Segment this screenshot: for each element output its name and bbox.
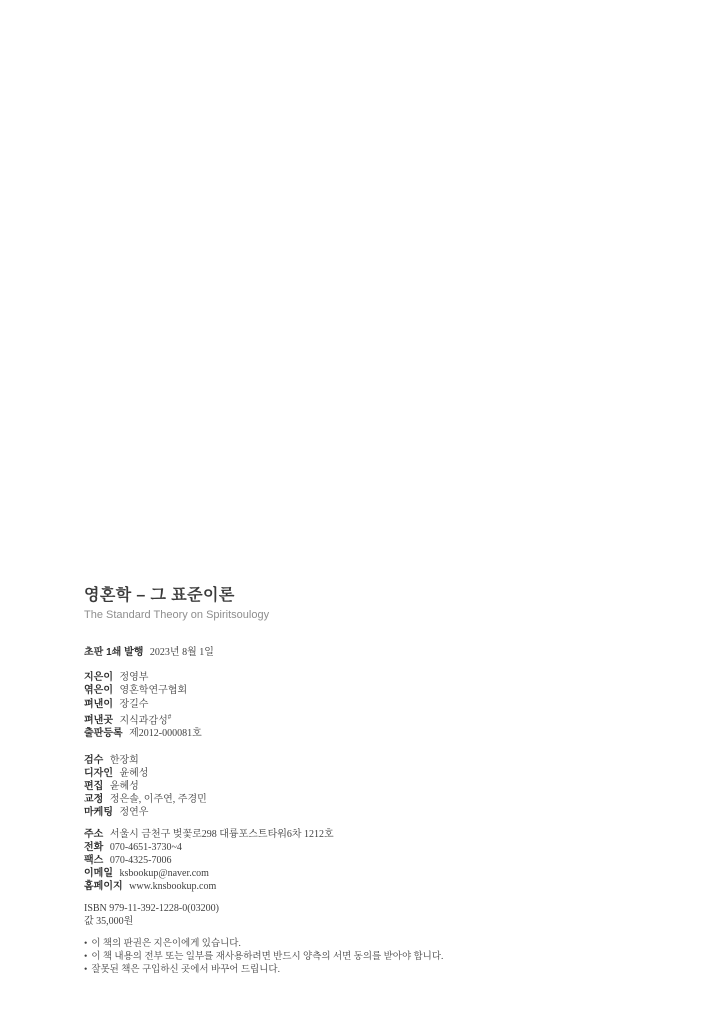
notice-reuse-permission: •이 책 내용의 전부 또는 일부를 재사용하려면 반드시 양측의 서면 동의를… bbox=[84, 951, 644, 964]
credit-label: 펴낸곳 bbox=[84, 715, 113, 726]
homepage-url: www.knsbookup.com bbox=[129, 881, 216, 892]
credit-value: 윤혜성 bbox=[119, 768, 148, 779]
contact-row-email: 이메일 ksbookup@naver.com bbox=[84, 867, 644, 880]
contact-info-group: 주소 서울시 금천구 벚꽃로298 대륭포스트타워6차 1212호 전화 070… bbox=[84, 828, 644, 894]
credit-label: 펴낸이 bbox=[84, 699, 113, 710]
credit-value: 정은솔, 이주연, 주경민 bbox=[110, 794, 207, 805]
contact-label: 팩스 bbox=[84, 855, 103, 866]
book-title-korean: 영혼학 – 그 표준이론 bbox=[84, 586, 644, 606]
bullet-glyph: • bbox=[84, 939, 87, 949]
isbn-price-group: ISBN 979-11-392-1228-0(03200) 값 35,000원 bbox=[84, 902, 644, 928]
book-colophon-page: 영혼학 – 그 표준이론 The Standard Theory on Spir… bbox=[0, 0, 718, 1024]
edition-group: 초판 1쇄 발행 2023년 8월 1일 bbox=[84, 646, 644, 659]
notice-exchange: •잘못된 책은 구입하신 곳에서 바꾸어 드립니다. bbox=[84, 964, 644, 977]
notice-text: 이 책의 판권은 지은이에게 있습니다. bbox=[91, 939, 241, 949]
edition-label: 초판 1쇄 발행 bbox=[84, 647, 143, 658]
credit-row-review: 검수 한장희 bbox=[84, 754, 644, 767]
book-title-english: The Standard Theory on Spiritsoulogy bbox=[84, 609, 644, 622]
credit-label: 마케팅 bbox=[84, 807, 113, 818]
contact-value: 070-4651-3730~4 bbox=[110, 842, 182, 853]
contact-row-phone: 전화 070-4651-3730~4 bbox=[84, 841, 644, 854]
contact-label: 주소 bbox=[84, 829, 103, 840]
credit-row-editing: 편집 윤혜성 bbox=[84, 780, 644, 793]
bullet-glyph: • bbox=[84, 965, 87, 975]
credit-row-author: 지은이 정영부 bbox=[84, 671, 644, 684]
credit-row-design: 디자인 윤혜성 bbox=[84, 767, 644, 780]
legal-notices-group: •이 책의 판권은 지은이에게 있습니다. •이 책 내용의 전부 또는 일부를… bbox=[84, 938, 644, 976]
credit-row-registration: 출판등록 제2012-000081호 bbox=[84, 727, 644, 740]
contact-row-address: 주소 서울시 금천구 벚꽃로298 대륭포스트타워6차 1212호 bbox=[84, 828, 644, 841]
credit-value: 영혼학연구협회 bbox=[119, 685, 187, 696]
contact-row-fax: 팩스 070-4325-7006 bbox=[84, 854, 644, 867]
edition-line: 초판 1쇄 발행 2023년 8월 1일 bbox=[84, 646, 644, 659]
staff-credits-group: 검수 한장희 디자인 윤혜성 편집 윤혜성 교정 정은솔, 이주연, 주경민 마… bbox=[84, 754, 644, 820]
credit-row-proofreading: 교정 정은솔, 이주연, 주경민 bbox=[84, 793, 644, 806]
colophon-block: 영혼학 – 그 표준이론 The Standard Theory on Spir… bbox=[84, 586, 644, 976]
credit-value: 지식과감성 bbox=[119, 715, 167, 726]
credit-value: 정연우 bbox=[119, 807, 148, 818]
credit-label: 엮은이 bbox=[84, 685, 113, 696]
credit-value: 제2012-000081호 bbox=[129, 728, 202, 739]
edition-date: 2023년 8월 1일 bbox=[150, 647, 214, 658]
credit-label: 출판등록 bbox=[84, 728, 123, 739]
credit-value: 장길수 bbox=[119, 699, 148, 710]
credit-row-publisher-company: 펴낸곳 지식과감성# bbox=[84, 711, 644, 728]
email-address: ksbookup@naver.com bbox=[119, 868, 208, 879]
publication-credits-group: 지은이 정영부 엮은이 영혼학연구협회 펴낸이 장길수 펴낸곳 지식과감성# 출… bbox=[84, 671, 644, 740]
publisher-hash-mark: # bbox=[168, 713, 172, 721]
notice-text: 잘못된 책은 구입하신 곳에서 바꾸어 드립니다. bbox=[91, 965, 280, 975]
credit-row-editor-org: 엮은이 영혼학연구협회 bbox=[84, 684, 644, 697]
notice-copyright: •이 책의 판권은 지은이에게 있습니다. bbox=[84, 938, 644, 951]
credit-label: 편집 bbox=[84, 781, 103, 792]
credit-label: 디자인 bbox=[84, 768, 113, 779]
credit-value: 정영부 bbox=[119, 672, 148, 683]
credit-value: 한장희 bbox=[110, 755, 139, 766]
contact-label: 홈페이지 bbox=[84, 881, 123, 892]
contact-value: 서울시 금천구 벚꽃로298 대륭포스트타워6차 1212호 bbox=[110, 829, 334, 840]
price-line: 값 35,000원 bbox=[84, 915, 644, 928]
credit-value: 윤혜성 bbox=[110, 781, 139, 792]
credit-label: 검수 bbox=[84, 755, 103, 766]
isbn-line: ISBN 979-11-392-1228-0(03200) bbox=[84, 902, 644, 915]
notice-text: 이 책 내용의 전부 또는 일부를 재사용하려면 반드시 양측의 서면 동의를 … bbox=[91, 952, 443, 962]
credit-label: 교정 bbox=[84, 794, 103, 805]
contact-label: 이메일 bbox=[84, 868, 113, 879]
contact-value: 070-4325-7006 bbox=[110, 855, 172, 866]
bullet-glyph: • bbox=[84, 952, 87, 962]
contact-row-homepage: 홈페이지 www.knsbookup.com bbox=[84, 880, 644, 893]
credit-label: 지은이 bbox=[84, 672, 113, 683]
credit-row-marketing: 마케팅 정연우 bbox=[84, 806, 644, 819]
credit-row-publisher-person: 펴낸이 장길수 bbox=[84, 698, 644, 711]
contact-label: 전화 bbox=[84, 842, 103, 853]
